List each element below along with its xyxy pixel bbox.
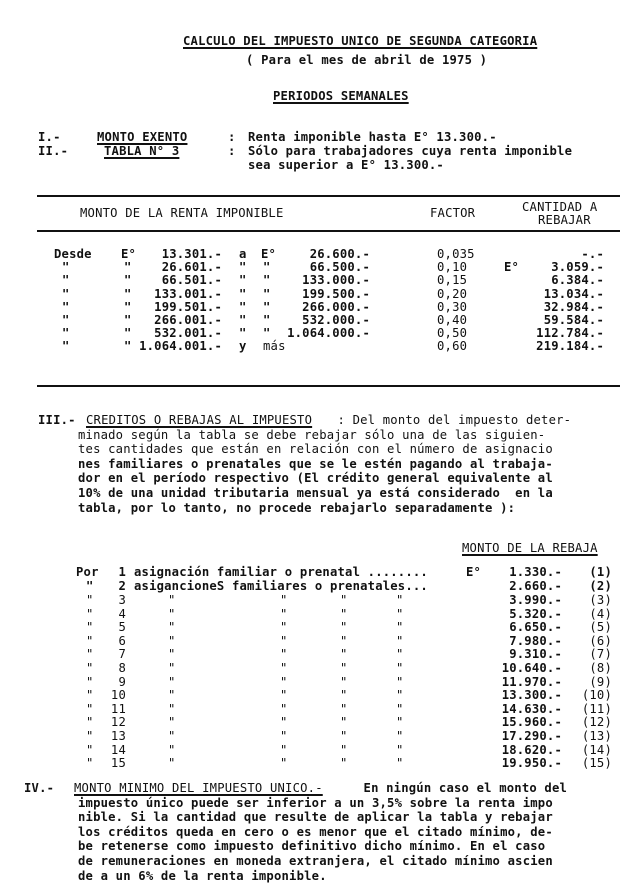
row-count: 5 [104,621,126,634]
rebaja-line2-text: asigancioneS familiares o prenatales... [134,580,428,593]
row-ditto: " [86,676,94,689]
row-ditto: " [168,662,176,675]
rebaja-line1-currency: E° [466,566,481,579]
row-amount: 15.960.- [490,716,562,729]
row-ditto: " [168,744,176,757]
row-ditto: " [86,689,94,702]
rebaja-line2-prefix: " [86,580,94,593]
row-ditto: " [86,608,94,621]
row-currency-rebajar: E° [504,261,519,274]
row-to: 66.500.- [270,261,370,274]
row-count: 6 [104,635,126,648]
row-index: (11) [572,703,612,716]
header-factor: FACTOR [430,207,475,220]
period-heading: PERIODOS SEMANALES [273,90,409,103]
row-from: 13.301.- [130,248,222,261]
row-from: 26.601.- [130,261,222,274]
row-index: (14) [572,744,612,757]
row-ditto: " [396,744,404,757]
rebaja-line1-index: (1) [572,566,612,579]
row-ditto: " [340,608,348,621]
row-separator: " [239,288,247,301]
row-ditto: " [396,757,404,770]
document-subtitle: ( Para el mes de abril de 1975 ) [246,54,487,67]
row-ditto: " [280,703,288,716]
row-amount: 13.300.- [490,689,562,702]
row-factor: 0,30 [437,301,467,314]
row-index: (6) [572,635,612,648]
row-ditto: " [86,757,94,770]
row-to: 26.600.- [270,248,370,261]
row-amount: 10.640.- [490,662,562,675]
section-iii-number: III.- [38,414,76,427]
row-ditto: " [340,621,348,634]
row-ditto: " [340,594,348,607]
table-header-rule [37,230,620,232]
section-ii-text-2: sea superior a E° 13.300.- [248,159,444,172]
row-index: (7) [572,648,612,661]
row-factor: 0,60 [437,340,467,353]
row-separator: " [239,261,247,274]
row-to: 532.000.- [270,314,370,327]
header-monto: MONTO DE LA RENTA IMPONIBLE [80,207,284,220]
section-iii-line: 10% de una unidad tributaria mensual ya … [78,487,553,500]
row-rebajar: 6.384.- [520,274,604,287]
row-from: 199.501.- [130,301,222,314]
row-ditto: " [396,703,404,716]
row-from: 66.501.- [130,274,222,287]
row-ditto: " [340,635,348,648]
row-ditto: " [86,635,94,648]
row-ditto: " [396,608,404,621]
row-ditto: " [396,676,404,689]
section-iv-label: MONTO MINIMO DEL IMPUESTO UNICO.- [74,782,323,795]
document-title: CALCULO DEL IMPUESTO UNICO DE SEGUNDA CA… [183,35,537,48]
row-index: (9) [572,676,612,689]
row-separator: " [239,274,247,287]
row-ditto: " [340,662,348,675]
row-ditto: " [396,621,404,634]
section-iii-label: CREDITOS O REBAJAS AL IMPUESTO [86,414,312,427]
row-separator: y [239,340,247,353]
section-iv-line: los créditos queda en cero o es menor qu… [78,826,553,839]
row-prefix: Desde [54,248,92,261]
rebaja-line2-n: 2 [110,580,126,593]
row-index: (3) [572,594,612,607]
row-amount: 9.310.- [490,648,562,661]
row-count: 8 [104,662,126,675]
row-separator: " [239,301,247,314]
rebaja-header: MONTO DE LA REBAJA [462,542,598,555]
section-ii-number: II.- [38,145,68,158]
row-prefix: " [62,274,70,287]
row-ditto: " [280,744,288,757]
row-ditto: " [340,703,348,716]
row-prefix: " [62,327,70,340]
row-amount: 18.620.- [490,744,562,757]
row-ditto: " [396,594,404,607]
row-index: (13) [572,730,612,743]
row-count: 10 [104,689,126,702]
section-i-number: I.- [38,131,61,144]
row-index: (8) [572,662,612,675]
row-ditto: " [396,689,404,702]
row-ditto: " [340,744,348,757]
section-iv-line: impuesto único puede ser inferior a un 3… [78,797,553,810]
row-ditto: " [396,635,404,648]
row-count: 3 [104,594,126,607]
section-iv-number: IV.- [24,782,54,795]
section-iv-line: de a un 6% de la renta imponible. [78,870,327,883]
row-ditto: " [168,608,176,621]
row-ditto: " [168,676,176,689]
row-ditto: " [396,730,404,743]
row-ditto: " [340,648,348,661]
row-rebajar: 59.584.- [520,314,604,327]
row-rebajar: 13.034.- [520,288,604,301]
row-ditto: " [86,730,94,743]
row-ditto: " [340,716,348,729]
section-iii-line: nes familiares o prenatales que se le es… [78,458,553,471]
row-ditto: " [168,648,176,661]
row-ditto: " [280,757,288,770]
row-to: 266.000.- [270,301,370,314]
row-factor: 0,10 [437,261,467,274]
row-rebajar: 112.784.- [520,327,604,340]
row-prefix: " [62,314,70,327]
row-ditto: " [280,621,288,634]
section-iv-line: En ningún caso el monto del [356,782,567,795]
row-factor: 0,50 [437,327,467,340]
row-prefix: " [62,340,70,353]
table-bottom-rule [37,385,620,387]
row-count: 12 [104,716,126,729]
row-prefix: " [62,301,70,314]
row-ditto: " [86,594,94,607]
row-index: (10) [572,689,612,702]
row-count: 4 [104,608,126,621]
row-factor: 0,20 [437,288,467,301]
row-rebajar: -.- [520,248,604,261]
row-ditto: " [396,662,404,675]
section-ii-text: Sólo para trabajadores cuya renta imponi… [248,145,572,158]
row-ditto: " [280,648,288,661]
row-index: (15) [572,757,612,770]
section-iii-line: tabla, por lo tanto, no procede rebajarl… [78,502,515,515]
row-ditto: " [168,757,176,770]
row-to: 199.500.- [270,288,370,301]
row-rebajar: 219.184.- [520,340,604,353]
rebaja-line1-amount: 1.330.- [490,566,562,579]
row-rebajar: 32.984.- [520,301,604,314]
row-ditto: " [86,744,94,757]
row-amount: 17.290.- [490,730,562,743]
row-count: 14 [104,744,126,757]
row-separator: " [239,314,247,327]
row-ditto: " [280,730,288,743]
section-iii-line: : Del monto del impuesto deter- [330,414,571,427]
row-ditto: " [280,594,288,607]
section-i-separator: : [228,131,236,144]
row-ditto: " [168,703,176,716]
row-ditto: " [280,608,288,621]
rebaja-line2-index: (2) [572,580,612,593]
row-separator: a [239,248,247,261]
row-prefix: " [62,288,70,301]
row-ditto: " [86,621,94,634]
row-ditto: " [168,689,176,702]
row-amount: 7.980.- [490,635,562,648]
row-to: 133.000.- [270,274,370,287]
row-amount: 6.650.- [490,621,562,634]
row-ditto: " [86,716,94,729]
section-ii-label: TABLA N° 3 [104,145,179,158]
row-ditto: " [280,662,288,675]
row-ditto: " [168,594,176,607]
row-to: 1.064.000.- [270,327,370,340]
row-ditto: " [280,676,288,689]
row-count: 11 [104,703,126,716]
row-count: 7 [104,648,126,661]
table-top-rule [37,195,620,197]
row-ditto: " [168,730,176,743]
row-ditto: " [280,635,288,648]
row-rebajar: 3.059.- [520,261,604,274]
row-ditto: " [396,716,404,729]
row-ditto: " [168,716,176,729]
row-ditto: " [168,635,176,648]
row-factor: 0,40 [437,314,467,327]
section-i-text: Renta imponible hasta E° 13.300.- [248,131,497,144]
row-from: 133.001.- [130,288,222,301]
rebaja-line1-text: asignación familiar o prenatal ........ [134,566,428,579]
row-ditto: " [340,757,348,770]
row-ditto: " [340,730,348,743]
row-count: 9 [104,676,126,689]
rebaja-line2-amount: 2.660.- [490,580,562,593]
row-ditto: " [280,689,288,702]
row-count: 15 [104,757,126,770]
section-ii-separator: : [228,145,236,158]
row-ditto: " [280,716,288,729]
row-count: 13 [104,730,126,743]
header-cantidad-2: REBAJAR [538,214,591,227]
rebaja-line1-prefix: Por [76,566,99,579]
row-ditto: " [86,648,94,661]
row-amount: 14.630.- [490,703,562,716]
section-iv-line: nible. Si la cantidad que resulte de apl… [78,811,553,824]
row-amount: 11.970.- [490,676,562,689]
row-ditto: " [168,621,176,634]
row-from: 532.001.- [130,327,222,340]
section-i-label: MONTO EXENTO [97,131,187,144]
row-amount: 3.990.- [490,594,562,607]
row-factor: 0,15 [437,274,467,287]
row-ditto: " [340,676,348,689]
row-ditto: " [340,689,348,702]
row-factor: 0,035 [437,248,475,261]
section-iv-line: be retenerse como impuesto definitivo di… [78,840,545,853]
section-iii-line: tes cantidades que están en relación con… [78,443,553,456]
row-index: (5) [572,621,612,634]
row-ditto: " [396,648,404,661]
row-ditto: " [86,703,94,716]
row-amount: 5.320.- [490,608,562,621]
rebaja-line1-n: 1 [110,566,126,579]
row-amount: 19.950.- [490,757,562,770]
section-iii-line: dor en el período respectivo (El crédito… [78,472,553,485]
section-iv-line: de remuneraciones en moneda extranjera, … [78,855,553,868]
row-from: 1.064.001.- [130,340,222,353]
section-iii-line: minado según la tabla se debe rebajar só… [78,429,545,442]
row-to: más [263,340,286,353]
row-index: (12) [572,716,612,729]
row-separator: " [239,327,247,340]
row-prefix: " [62,261,70,274]
row-ditto: " [86,662,94,675]
row-index: (4) [572,608,612,621]
row-from: 266.001.- [130,314,222,327]
